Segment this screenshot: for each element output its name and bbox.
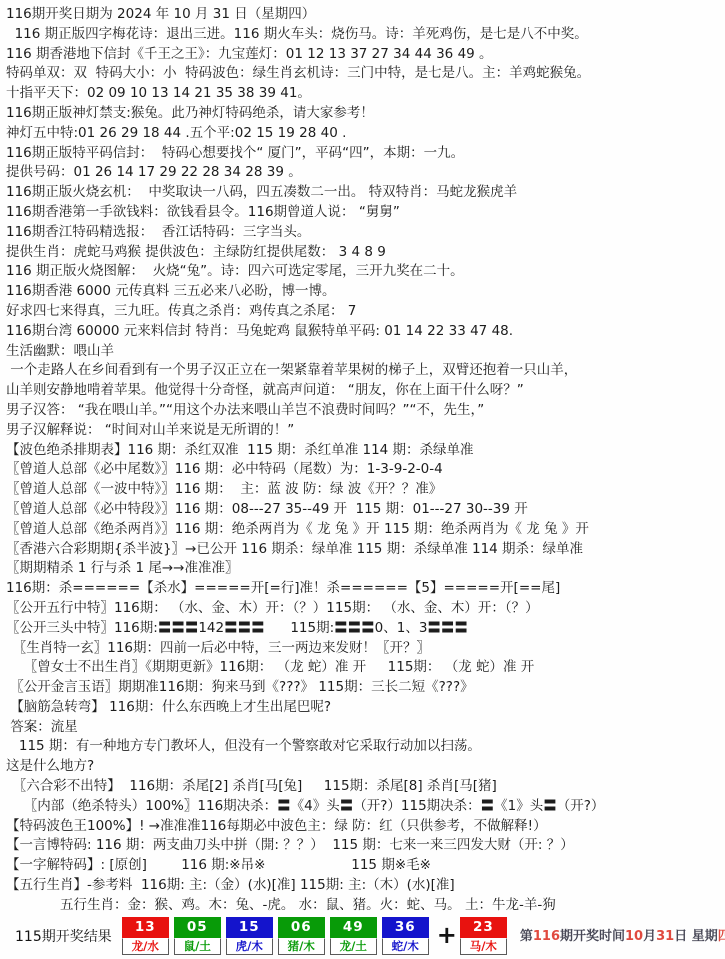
ball-zodiac-element: 蛇/木 — [382, 938, 429, 955]
text-line: 一个走路人在乡间看到有一个男子汉正立在一架紧靠着苹果树的梯子上，双臂还抱着一只山… — [6, 361, 725, 381]
text-line: 神灯五中特:01 26 29 18 44 .五个平:02 15 19 28 40… — [6, 124, 725, 144]
text-line: 116 期正版火烧图解： 火烧“兔”。诗：四六可选定零尾，三开九奖在二十。 — [6, 262, 725, 282]
result-ball: 49龙/土 — [330, 917, 377, 955]
text-line: 【特码波色王100%】! →准准准116每期必中波色主：绿 防：红（只供参考，不… — [6, 817, 725, 837]
text-line: 〖香港六合彩期期{杀半波}〗→已公开 116 期杀：绿单准 115 期：杀绿单准… — [6, 540, 725, 560]
text-line: 〖曾女士不出生肖〗《期期更新》116期： （龙 蛇）准 开 115期： （龙 蛇… — [6, 658, 725, 678]
text-line: 〖公开五行中特〗116期： （水、金、木）开：（？）115期： （水、金、木）开… — [6, 599, 725, 619]
result-ball: 23马/木 — [460, 917, 507, 955]
next-draw-segment: 期开奖时间 — [560, 929, 625, 944]
ball-zodiac-element: 虎/木 — [226, 938, 273, 955]
text-line: 116期开奖日期为 2024 年 10 月 31 日（星期四） — [6, 5, 725, 25]
next-draw-segment: 116 — [533, 929, 560, 944]
text-line: 〖内部（绝杀特头）100%〗116期决杀：〓《4》头〓（开?）115期决杀：〓《… — [6, 797, 725, 817]
text-line: 【波色绝杀排期表】116 期：杀红双准 115 期：杀红单准 114 期：杀绿单… — [6, 441, 725, 461]
text-line: 〖曾道人总部《必中尾数》〗116 期：必中特码（尾数）为：1-3-9-2-0-4 — [6, 460, 725, 480]
text-line: 【五行生肖】-参考料 116期: 主:（金）(水)[准] 115期: 主:（木）… — [6, 876, 725, 896]
text-line: 【脑筋急转弯】 116期：什么东西晚上才生出尾巴呢? — [6, 698, 725, 718]
ball-zodiac-element: 龙/水 — [122, 938, 169, 955]
text-line: 男子汉答： “我在喂山羊。”“用这个办法来喂山羊岂不浪费时间吗？”“不，先生，” — [6, 401, 725, 421]
next-draw-segment: 第 — [520, 929, 533, 944]
text-line: 提供号码：01 26 14 17 29 22 28 34 28 39 。 — [6, 163, 725, 183]
text-line: 〖生肖特一玄〗116期：四前一后必中特，三一两边来发财！〖开？〗 — [6, 639, 725, 659]
text-line: 〖曾道人总部《必中特段》〗116 期：08---27 35--49 开 115 … — [6, 500, 725, 520]
result-label: 115期开奖结果 — [15, 917, 112, 957]
text-line: 116期香港第一手欲钱料：欲钱看县令。116期曾道人说： “舅舅” — [6, 203, 725, 223]
ball-zodiac-element: 龙/土 — [330, 938, 377, 955]
draw-result-bar: 115期开奖结果 13龙/水05鼠/土15虎/木06猪/木49龙/土36蛇/木+… — [0, 917, 725, 959]
text-line: 〖六合彩不出特】 116期：杀尾[2] 杀肖[马[兔] 115期：杀尾[8] 杀… — [6, 777, 725, 797]
next-draw-segment: 四 — [718, 929, 725, 944]
plus-sign: + — [437, 917, 457, 953]
text-line: 生活幽默：喂山羊 — [6, 342, 725, 362]
text-line: 116期香港 6000 元传真料 三五必来八必盼，博一博。 — [6, 282, 725, 302]
text-line: 116期：杀======【杀水】=====开[=行]准！杀======【5】==… — [6, 579, 725, 599]
ball-number: 49 — [330, 917, 377, 938]
text-line: 〖公开金言玉语〗期期准116期：狗来马到《???》 115期：三长二短《???》 — [6, 678, 725, 698]
next-draw-segment: 日 星期 — [674, 929, 718, 944]
ball-number: 06 — [278, 917, 325, 938]
ball-zodiac-element: 鼠/土 — [174, 938, 221, 955]
text-line: 好求四七来得真，三九旺。传真之杀肖：鸡传真之杀尾： 7 — [6, 302, 725, 322]
ball-number: 13 — [122, 917, 169, 938]
text-line: 【一字解特码】: [原创] 116 期:※吊※ 115 期※毛※ — [6, 856, 725, 876]
text-line: 〖曾道人总部《绝杀两肖》〗116 期：绝杀两肖为《 龙 兔 》开 115 期：绝… — [6, 520, 725, 540]
result-ball: 05鼠/土 — [174, 917, 221, 955]
text-line: 〖期期精杀 1 行与杀 1 尾→→准准准〗 — [6, 559, 725, 579]
text-line: 116期香江特码精选报： 香江话特码：三字当头。 — [6, 223, 725, 243]
text-line: 116期正版特平码信封： 特码心想要找个“ 厦门”，平码“四”，本期：一九。 — [6, 144, 725, 164]
next-draw-segment: 10 — [625, 929, 643, 944]
text-line: 116期正版神灯禁支:猴兔。此乃神灯特码绝杀，请大家参考！ — [6, 104, 725, 124]
text-line: 提供生肖：虎蛇马鸡猴 提供波色：主绿防红提供尾数： 3 4 8 9 — [6, 243, 725, 263]
next-draw-notice: 第116期开奖时间10月31日 星期四21:3 — [520, 917, 725, 957]
text-line: 116 期香港地下信封《千王之王》：九宝莲灯：01 12 13 37 27 34… — [6, 45, 725, 65]
text-line: 男子汉解释说： “时间对山羊来说是无所谓的！” — [6, 421, 725, 441]
text-line: 116期正版火烧玄机： 中奖取诀一八码，四五凑数二一出。 特双特肖：马蛇龙猴虎羊 — [6, 183, 725, 203]
text-line: 这是什么地方? — [6, 757, 725, 777]
result-ball: 13龙/水 — [122, 917, 169, 955]
text-line: 115 期：有一种地方专门教坏人，但没有一个警察敢对它采取行动加以扫荡。 — [6, 737, 725, 757]
result-ball: 06猪/木 — [278, 917, 325, 955]
text-line: 〖曾道人总部《一波中特》〗116 期： 主：蓝 波 防：绿 波《开？？准》 — [6, 480, 725, 500]
ball-zodiac-element: 猪/木 — [278, 938, 325, 955]
ball-number: 23 — [460, 917, 507, 938]
ball-number: 15 — [226, 917, 273, 938]
result-ball: 15虎/木 — [226, 917, 273, 955]
text-line: 五行生肖：金：猴、鸡。木：兔、-虎。 水：鼠、猪。火：蛇、马。 土：牛龙-羊-狗 — [6, 896, 725, 916]
ball-number: 36 — [382, 917, 429, 938]
text-line: 116期台湾 60000 元来料信封 特肖：马兔蛇鸡 鼠猴特单平码: 01 14… — [6, 322, 725, 342]
text-line: 答案：流星 — [6, 718, 725, 738]
next-draw-segment: 月 — [643, 929, 656, 944]
next-draw-segment: 31 — [656, 929, 674, 944]
result-balls: 13龙/水05鼠/土15虎/木06猪/木49龙/土36蛇/木+23马/木 — [122, 917, 512, 955]
text-line: 〖公开三头中特〗116期:〓〓〓142〓〓〓 115期:〓〓〓0、1、3〓〓〓 — [6, 619, 725, 639]
tip-sheet-text: 116期开奖日期为 2024 年 10 月 31 日（星期四） 116 期正版四… — [0, 0, 725, 916]
text-line: 116 期正版四字梅花诗：退出三进。116 期火车头：烧伤马。诗：羊死鸡伤，是七… — [6, 25, 725, 45]
text-line: 特码单双：双 特码大小：小 特码波色：绿生肖玄机诗：三门中特，是七是八。主：羊鸡… — [6, 64, 725, 84]
text-line: 山羊则安静地啃着苹果。他觉得十分奇怪，就高声问道： “朋友，你在上面干什么呀？” — [6, 381, 725, 401]
ball-zodiac-element: 马/木 — [460, 938, 507, 955]
text-line: 十指平天下：02 09 10 13 14 21 35 38 39 41。 — [6, 84, 725, 104]
ball-number: 05 — [174, 917, 221, 938]
result-ball: 36蛇/木 — [382, 917, 429, 955]
text-line: 【一言博特码: 116 期：两支曲刀头中拼（開: ？？） 115 期：七来一来三… — [6, 836, 725, 856]
